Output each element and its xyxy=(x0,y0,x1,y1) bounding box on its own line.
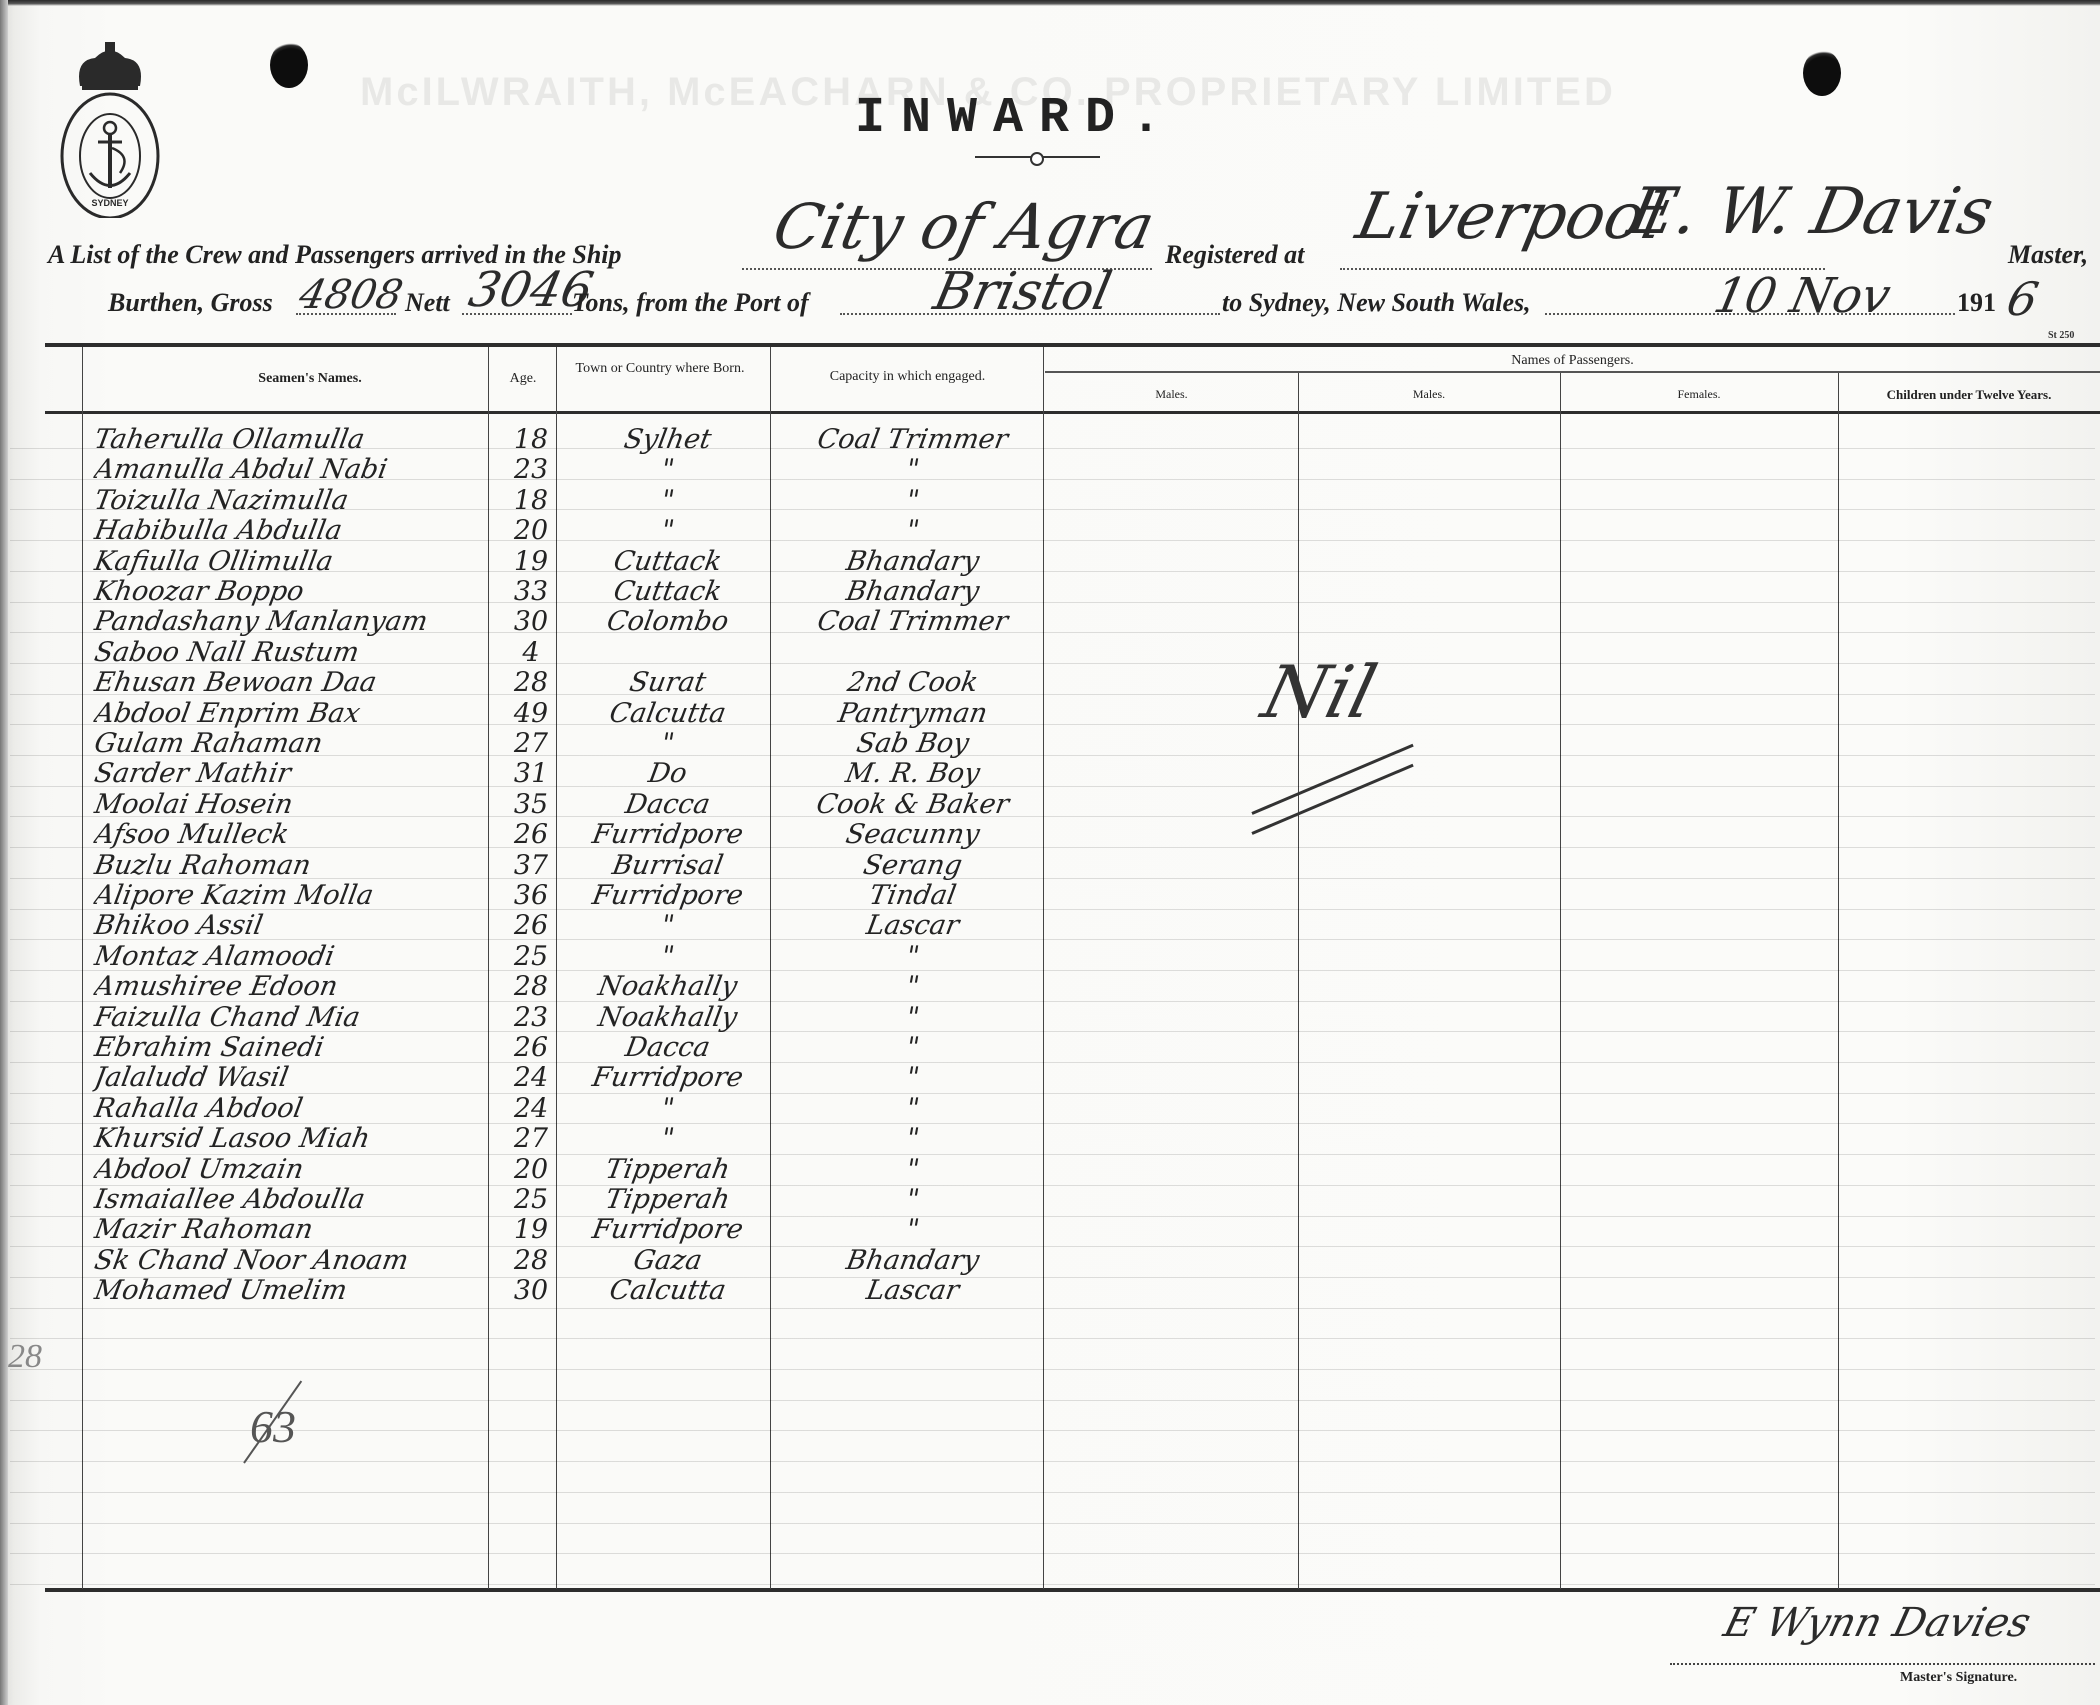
crew-row: Buzlu Rahoman37BurrisalSerang xyxy=(0,851,1100,881)
crew-capacity: " xyxy=(775,455,1050,485)
gross-tons-field: 4808 xyxy=(295,272,407,318)
punch-hole-left xyxy=(270,42,308,88)
crew-row: Khoozar Boppo33CuttackBhandary xyxy=(0,577,1100,607)
crew-birthplace: Tipperah xyxy=(565,1155,770,1185)
arrival-date-field: 10 Nov xyxy=(1709,268,1895,324)
crew-capacity: Cook & Baker xyxy=(775,790,1050,820)
crew-capacity: " xyxy=(775,1155,1050,1185)
crew-age: 23 xyxy=(500,455,561,485)
crew-capacity: " xyxy=(775,1124,1050,1154)
crew-age: 36 xyxy=(500,881,561,911)
crew-birthplace: Cuttack xyxy=(565,577,770,607)
crew-birthplace: Dacca xyxy=(565,790,770,820)
crew-name: Faizulla Chand Mia xyxy=(92,1003,497,1033)
crew-row: Montaz Alamoodi25"" xyxy=(0,942,1100,972)
crew-name: Afsoo Mulleck xyxy=(92,820,497,850)
crew-row: Alipore Kazim Molla36FurridporeTindal xyxy=(0,881,1100,911)
crew-capacity: Bhandary xyxy=(775,577,1050,607)
crew-name: Rahalla Abdool xyxy=(92,1094,497,1124)
master-label: Master, xyxy=(2008,240,2088,270)
passengers-group-rule xyxy=(1045,371,2100,373)
col-divider-females xyxy=(1560,373,1561,1589)
header-age: Age. xyxy=(490,370,556,387)
crew-age: 23 xyxy=(500,1003,561,1033)
crew-name: Mohamed Umelim xyxy=(92,1276,497,1306)
crew-age: 18 xyxy=(500,486,561,516)
crew-capacity: Bhandary xyxy=(775,1246,1050,1276)
crew-capacity: Bhandary xyxy=(775,547,1050,577)
crew-row: Habibulla Abdulla20"" xyxy=(0,516,1100,546)
crew-name: Ehusan Bewoan Daa xyxy=(92,668,497,698)
title-ornament-rule xyxy=(975,156,1100,158)
crew-age: 24 xyxy=(500,1063,561,1093)
crew-row: Pandashany Manlanyam30ColomboCoal Trimme… xyxy=(0,607,1100,637)
crew-birthplace: Noakhally xyxy=(565,972,770,1002)
crew-capacity xyxy=(775,638,1050,668)
crew-name: Khursid Lasoo Miah xyxy=(92,1124,497,1154)
crew-name: Alipore Kazim Molla xyxy=(92,881,497,911)
crew-capacity: " xyxy=(775,1063,1050,1093)
crew-age: 26 xyxy=(500,911,561,941)
crew-age: 31 xyxy=(500,759,561,789)
crew-row: Mohamed Umelim30CalcuttaLascar xyxy=(0,1276,1100,1306)
crew-row: Jalaludd Wasil24Furridpore" xyxy=(0,1063,1100,1093)
crew-row: Moolai Hosein35DaccaCook & Baker xyxy=(0,790,1100,820)
crew-row: Sarder Mathir31DoM. R. Boy xyxy=(0,759,1100,789)
ruled-line xyxy=(10,1338,2095,1339)
crew-age: 28 xyxy=(500,1246,561,1276)
crew-birthplace: " xyxy=(565,942,770,972)
crew-name: Sarder Mathir xyxy=(92,759,497,789)
crew-birthplace: " xyxy=(565,455,770,485)
crew-name: Abdool Enprim Bax xyxy=(92,699,497,729)
crew-capacity: " xyxy=(775,1185,1050,1215)
crew-row: Ehusan Bewoan Daa28Surat2nd Cook xyxy=(0,668,1100,698)
crew-birthplace: Gaza xyxy=(565,1246,770,1276)
crew-birthplace: Tipperah xyxy=(565,1185,770,1215)
form-number: St 250 xyxy=(2048,330,2074,341)
crew-age: 37 xyxy=(500,851,561,881)
crew-row: Bhikoo Assil26"Lascar xyxy=(0,911,1100,941)
tons-from-port-label: Tons, from the Port of xyxy=(572,288,809,318)
crew-name: Moolai Hosein xyxy=(92,790,497,820)
crew-row: Gulam Rahaman27"Sab Boy xyxy=(0,729,1100,759)
crew-age: 26 xyxy=(500,820,561,850)
crew-name: Gulam Rahaman xyxy=(92,729,497,759)
crew-age: 30 xyxy=(500,1276,561,1306)
crew-row: Kafiulla Ollimulla19CuttackBhandary xyxy=(0,547,1100,577)
crew-birthplace: Furridpore xyxy=(565,881,770,911)
ruled-line xyxy=(10,1461,2095,1462)
page-top-edge xyxy=(0,0,2100,6)
crew-row: Khursid Lasoo Miah27"" xyxy=(0,1124,1100,1154)
crew-age: 20 xyxy=(500,1155,561,1185)
crew-name: Abdool Umzain xyxy=(92,1155,497,1185)
crew-age: 4 xyxy=(500,638,561,668)
master-signature-label: Master's Signature. xyxy=(1900,1670,2017,1686)
crew-capacity: " xyxy=(775,942,1050,972)
crew-age: 18 xyxy=(500,425,561,455)
crew-birthplace: " xyxy=(565,516,770,546)
crew-age: 35 xyxy=(500,790,561,820)
crew-name: Ebrahim Sainedi xyxy=(92,1033,497,1063)
crew-capacity: " xyxy=(775,486,1050,516)
master-name-field: E. W. Davis xyxy=(1622,175,1999,249)
crew-birthplace: Calcutta xyxy=(565,699,770,729)
crew-birthplace: " xyxy=(565,1094,770,1124)
crew-age: 25 xyxy=(500,1185,561,1215)
crew-name: Montaz Alamoodi xyxy=(92,942,497,972)
crew-birthplace: Dacca xyxy=(565,1033,770,1063)
ruled-line xyxy=(10,1492,2095,1493)
ruled-line xyxy=(10,1553,2095,1554)
crew-name: Toizulla Nazimulla xyxy=(92,486,497,516)
from-port-field: Bristol xyxy=(929,262,1117,322)
crew-capacity: " xyxy=(775,1003,1050,1033)
crew-birthplace: " xyxy=(565,1124,770,1154)
crew-age: 24 xyxy=(500,1094,561,1124)
crew-row: Toizulla Nazimulla18"" xyxy=(0,486,1100,516)
crew-row: Faizulla Chand Mia23Noakhally" xyxy=(0,1003,1100,1033)
registered-at-label: Registered at xyxy=(1165,240,1304,270)
crew-age: 19 xyxy=(500,1215,561,1245)
to-sydney-label: to Sydney, New South Wales, xyxy=(1222,288,1531,318)
ruled-line xyxy=(10,1584,2095,1585)
crew-name: Mazir Rahoman xyxy=(92,1215,497,1245)
crew-age: 20 xyxy=(500,516,561,546)
svg-text:SYDNEY: SYDNEY xyxy=(91,198,128,208)
margin-annotation: 28 xyxy=(8,1338,42,1376)
crew-age: 49 xyxy=(500,699,561,729)
table-bottom-rule xyxy=(45,1588,2100,1592)
header-seamens-names: Seamen's Names. xyxy=(210,370,410,387)
crew-capacity: " xyxy=(775,1215,1050,1245)
crew-name: Habibulla Abdulla xyxy=(92,516,497,546)
header-passengers-children: Children under Twelve Years. xyxy=(1838,386,2100,403)
crew-name: Amanulla Abdul Nabi xyxy=(92,455,497,485)
header-passengers-males-1: Males. xyxy=(1045,386,1298,403)
crew-birthplace: Surat xyxy=(565,668,770,698)
crew-birthplace: " xyxy=(565,729,770,759)
shipping-masters-department-crest-icon: SYDNEY xyxy=(50,38,170,218)
signature-dotline xyxy=(1670,1663,2095,1665)
crew-name: Ismaiallee Abdoulla xyxy=(92,1185,497,1215)
crew-row: Mazir Rahoman19Furridpore" xyxy=(0,1215,1100,1245)
crew-birthplace: Burrisal xyxy=(565,851,770,881)
table-top-rule xyxy=(45,343,2100,347)
ruled-line xyxy=(10,1308,2095,1309)
ruled-line xyxy=(10,1430,2095,1431)
col-divider-males-2 xyxy=(1298,373,1299,1589)
crew-capacity: " xyxy=(775,972,1050,1002)
col-divider-children xyxy=(1838,373,1839,1589)
header-passengers-males-2: Males. xyxy=(1298,386,1560,403)
crew-row: Saboo Nall Rustum4 xyxy=(0,638,1100,668)
crew-row: Sk Chand Noor Anoam28GazaBhandary xyxy=(0,1246,1100,1276)
crew-name: Bhikoo Assil xyxy=(92,911,497,941)
crew-age: 30 xyxy=(500,607,561,637)
crew-capacity: " xyxy=(775,516,1050,546)
crew-birthplace: Sylhet xyxy=(565,425,770,455)
crew-name: Buzlu Rahoman xyxy=(92,851,497,881)
crew-age: 28 xyxy=(500,668,561,698)
crew-birthplace: " xyxy=(565,911,770,941)
crew-row: Ismaiallee Abdoulla25Tipperah" xyxy=(0,1185,1100,1215)
crew-row: Abdool Enprim Bax49CalcuttaPantryman xyxy=(0,699,1100,729)
crew-birthplace: Cuttack xyxy=(565,547,770,577)
crew-capacity: Seacunny xyxy=(775,820,1050,850)
crew-name: Pandashany Manlanyam xyxy=(92,607,497,637)
crew-name: Saboo Nall Rustum xyxy=(92,638,497,668)
header-passengers-females: Females. xyxy=(1560,386,1838,403)
crew-birthplace: Furridpore xyxy=(565,820,770,850)
crew-row: Ebrahim Sainedi26Dacca" xyxy=(0,1033,1100,1063)
nett-label: Nett xyxy=(405,288,450,318)
crew-age: 19 xyxy=(500,547,561,577)
crew-name: Khoozar Boppo xyxy=(92,577,497,607)
crew-name: Amushiree Edoon xyxy=(92,972,497,1002)
crew-birthplace: Furridpore xyxy=(565,1063,770,1093)
crew-age: 33 xyxy=(500,577,561,607)
crew-birthplace: " xyxy=(565,486,770,516)
master-signature: E Wynn Davies xyxy=(1719,1600,2035,1646)
crew-name: Sk Chand Noor Anoam xyxy=(92,1246,497,1276)
crew-row: Amanulla Abdul Nabi23"" xyxy=(0,455,1100,485)
crew-capacity: Tindal xyxy=(775,881,1050,911)
year-prefix-label: 191 xyxy=(1957,288,1996,318)
ruled-line xyxy=(10,1523,2095,1524)
crew-capacity: Lascar xyxy=(775,1276,1050,1306)
crew-capacity: Sab Boy xyxy=(775,729,1050,759)
burthen-gross-label: Burthen, Gross xyxy=(108,288,273,318)
crew-name: Jalaludd Wasil xyxy=(92,1063,497,1093)
crew-capacity: Lascar xyxy=(775,911,1050,941)
crew-birthplace: Noakhally xyxy=(565,1003,770,1033)
header-capacity: Capacity in which engaged. xyxy=(775,368,1040,385)
crew-capacity: Coal Trimmer xyxy=(775,607,1050,637)
crew-name: Taherulla Ollamulla xyxy=(92,425,497,455)
crew-capacity: Coal Trimmer xyxy=(775,425,1050,455)
form-title: INWARD. xyxy=(855,90,1177,147)
crew-capacity: Pantryman xyxy=(775,699,1050,729)
header-town-born: Town or Country where Born. xyxy=(575,360,745,377)
crew-row: Abdool Umzain20Tipperah" xyxy=(0,1155,1100,1185)
crew-age: 27 xyxy=(500,1124,561,1154)
ruled-line xyxy=(10,1369,2095,1370)
crew-name: Kafiulla Ollimulla xyxy=(92,547,497,577)
crew-row: Afsoo Mulleck26FurridporeSeacunny xyxy=(0,820,1100,850)
crew-capacity: 2nd Cook xyxy=(775,668,1050,698)
crew-capacity: Serang xyxy=(775,851,1050,881)
crew-birthplace: Do xyxy=(565,759,770,789)
crew-row: Amushiree Edoon28Noakhally" xyxy=(0,972,1100,1002)
crew-age: 25 xyxy=(500,942,561,972)
ship-name-field: City of Agra xyxy=(767,190,1160,263)
header-bottom-rule xyxy=(45,411,2100,414)
crew-birthplace: Calcutta xyxy=(565,1276,770,1306)
crew-birthplace xyxy=(565,638,770,668)
passengers-nil-mark: Nil xyxy=(1255,650,1385,734)
crew-age: 27 xyxy=(500,729,561,759)
crew-capacity: " xyxy=(775,1094,1050,1124)
crew-birthplace: Furridpore xyxy=(565,1215,770,1245)
ruled-line xyxy=(10,1400,2095,1401)
crew-row: Taherulla Ollamulla18SylhetCoal Trimmer xyxy=(0,425,1100,455)
crew-age: 26 xyxy=(500,1033,561,1063)
crew-capacity: " xyxy=(775,1033,1050,1063)
crew-capacity: M. R. Boy xyxy=(775,759,1050,789)
punch-hole-right xyxy=(1803,50,1841,96)
header-passengers-group: Names of Passengers. xyxy=(1045,352,2100,369)
crew-row: Rahalla Abdool24"" xyxy=(0,1094,1100,1124)
crew-birthplace: Colombo xyxy=(565,607,770,637)
crew-age: 28 xyxy=(500,972,561,1002)
